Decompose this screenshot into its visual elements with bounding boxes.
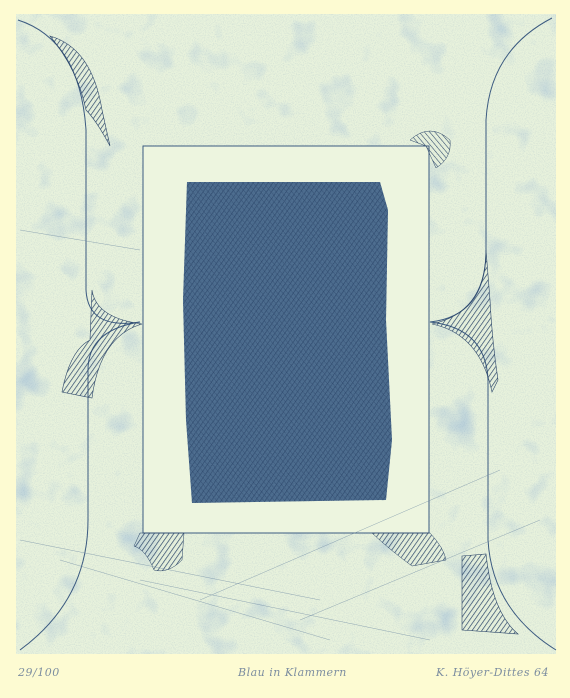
central-hatched-block (183, 182, 392, 503)
etching-artwork (0, 0, 570, 698)
artwork-title: Blau in Klammern (238, 666, 347, 679)
edition-number: 29/100 (18, 666, 60, 679)
artist-signature: K. Höyer-Dittes 64 (436, 666, 549, 679)
